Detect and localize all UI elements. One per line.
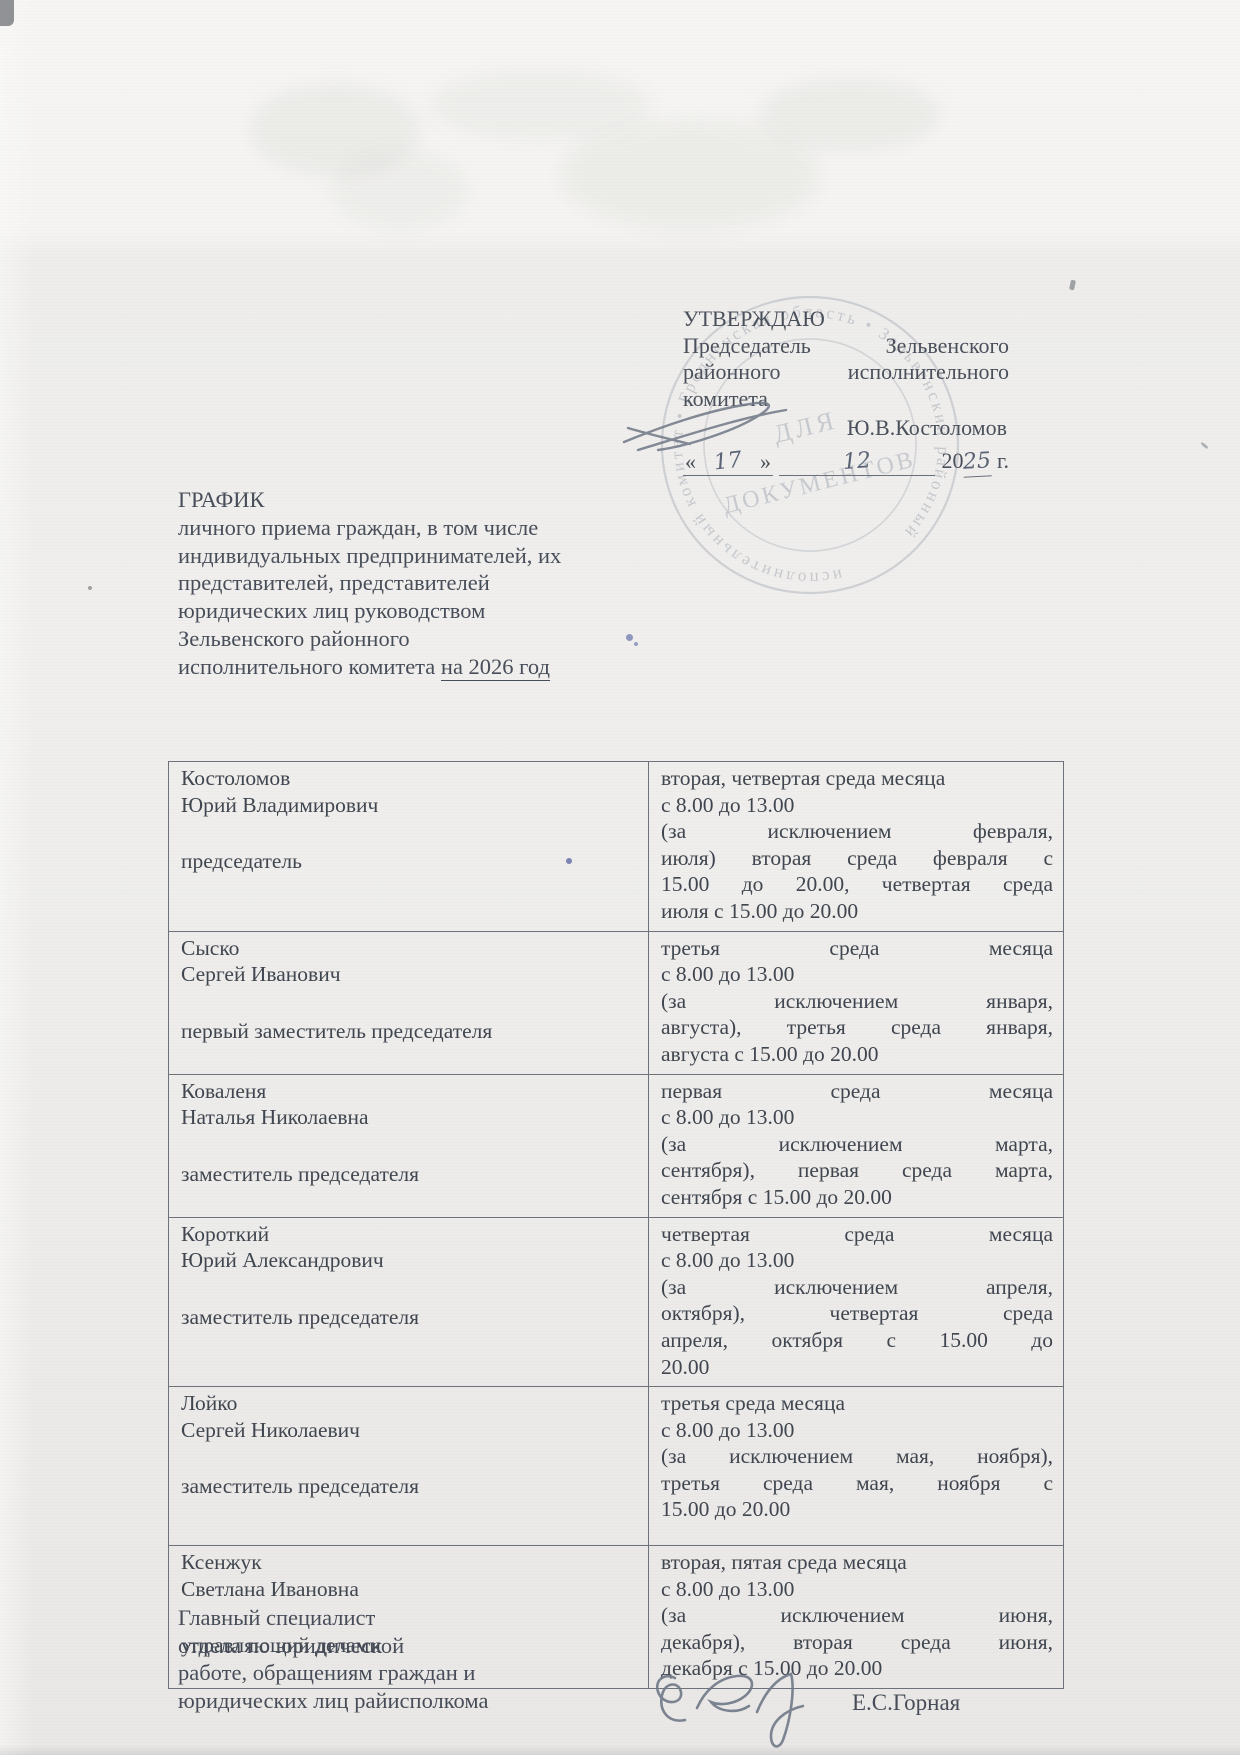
table-row: Коваленя Наталья Николаевна заместитель … (169, 1074, 1064, 1217)
schedule-cell: третья среда месяца с 8.00 до 13.00 (за … (649, 931, 1064, 1074)
table-row: Лойко Сергей Николаевич заместитель пред… (169, 1387, 1064, 1546)
approval-date-line: « 17 » 12 2025 г. (683, 446, 1009, 476)
title-year-underlined: на 2026 год (441, 654, 550, 681)
person-surname: Коваленя (181, 1078, 638, 1105)
person-surname: Короткий (181, 1221, 638, 1248)
schedule-line: октября), четвертая среда (661, 1300, 1053, 1327)
quote-open: « (685, 449, 696, 476)
person-cell: Лойко Сергей Николаевич заместитель пред… (169, 1387, 649, 1546)
schedule-line: с 8.00 до 13.00 (661, 792, 1053, 819)
approver-name: Ю.В.Костоломов (847, 415, 1007, 442)
person-position: первый заместитель председателя (181, 1018, 638, 1045)
year-century: 20 (941, 448, 963, 473)
title-last-line: исполнительного комитета на 2026 год (178, 653, 778, 681)
person-position: заместитель председателя (181, 1304, 638, 1331)
schedule-line: декабря с 15.00 до 20.00 (661, 1655, 1053, 1682)
ghost-artifact (760, 80, 940, 150)
person-name: Юрий Александрович (181, 1247, 638, 1274)
approval-line: комитета (683, 386, 1009, 413)
footer-line: работе, обращениям граждан и (178, 1659, 698, 1687)
handwritten-year: 25 (963, 448, 992, 477)
schedule-line: (за исключением января, (661, 988, 1053, 1015)
person-cell: Сыско Сергей Иванович первый заместитель… (169, 931, 649, 1074)
date-year-segment: 2025 г. (941, 448, 1009, 477)
schedule-line: (за исключением апреля, (661, 1274, 1053, 1301)
footer-block: Главный специалист отдела по юридической… (178, 1604, 698, 1714)
ink-speck (1069, 280, 1076, 291)
specialist-name: Е.С.Горная (852, 1690, 960, 1716)
schedule-line: (за исключением февраля, (661, 818, 1053, 845)
title-heading: ГРАФИК (178, 486, 778, 514)
schedule-cell: четвертая среда месяца с 8.00 до 13.00 (… (649, 1217, 1064, 1387)
schedule-line: с 8.00 до 13.00 (661, 1247, 1053, 1274)
person-surname: Костоломов (181, 765, 638, 792)
schedule-line: 15.00 до 20.00 (661, 1496, 1053, 1523)
schedule-line: третья среда месяца (661, 935, 1053, 962)
schedule-line: августа), третья среда января, (661, 1014, 1053, 1041)
footer-line: Главный специалист (178, 1604, 698, 1632)
schedule-line: 20.00 (661, 1354, 1053, 1381)
approval-line: Председатель Зельвенского (683, 333, 1009, 360)
document-title-block: ГРАФИК личного приема граждан, в том чис… (178, 486, 778, 681)
scan-corner-artifact (0, 0, 14, 26)
table-row: Костоломов Юрий Владимирович председател… (169, 762, 1064, 932)
ghost-artifact (330, 150, 470, 230)
title-last-prefix: исполнительного комитета (178, 654, 441, 679)
schedule-line: июля с 15.00 до 20.00 (661, 898, 1053, 925)
schedule-line: вторая, пятая среда месяца (661, 1549, 1053, 1576)
schedule-line: вторая, четвертая среда месяца (661, 765, 1053, 792)
schedule-line: третья среда месяца (661, 1390, 1053, 1417)
schedule-line: 15.00 до 20.00, четвертая среда (661, 871, 1053, 898)
schedule-line: сентября с 15.00 до 20.00 (661, 1184, 1053, 1211)
schedule-line: (за исключением июня, (661, 1602, 1053, 1629)
schedule-line: с 8.00 до 13.00 (661, 1104, 1053, 1131)
person-cell: Костоломов Юрий Владимирович председател… (169, 762, 649, 932)
person-surname: Сыско (181, 935, 638, 962)
schedule-cell: первая среда месяца с 8.00 до 13.00 (за … (649, 1074, 1064, 1217)
schedule-cell: вторая, четвертая среда месяца с 8.00 до… (649, 762, 1064, 932)
schedule-line: сентября), первая среда марта, (661, 1157, 1053, 1184)
person-position: заместитель председателя (181, 1473, 638, 1500)
schedule-line: (за исключением марта, (661, 1131, 1053, 1158)
quote-close: » (760, 449, 771, 476)
person-name: Сергей Николаевич (181, 1417, 638, 1444)
schedule-line: апреля, октября с 15.00 до (661, 1327, 1053, 1354)
person-name: Наталья Николаевна (181, 1104, 638, 1131)
table-row: Сыско Сергей Иванович первый заместитель… (169, 931, 1064, 1074)
schedule-line: третья среда мая, ноября с (661, 1470, 1053, 1497)
footer-line: отдела по юридической (178, 1632, 698, 1660)
schedule-line: августа с 15.00 до 20.00 (661, 1041, 1053, 1068)
title-line: Зельвенского районного (178, 625, 778, 653)
person-cell: Коваленя Наталья Николаевна заместитель … (169, 1074, 649, 1217)
title-line: индивидуальных предпринимателей, их (178, 542, 778, 570)
date-month-segment: 12 (779, 448, 935, 477)
schedule-line: с 8.00 до 13.00 (661, 1417, 1053, 1444)
person-name: Юрий Владимирович (181, 792, 638, 819)
schedule-line: первая среда месяца (661, 1078, 1053, 1105)
person-surname: Лойко (181, 1390, 638, 1417)
ink-speck (1200, 441, 1209, 449)
person-surname: Ксенжук (181, 1549, 638, 1576)
schedule-cell: третья среда месяца с 8.00 до 13.00 (за … (649, 1387, 1064, 1546)
table-row: Короткий Юрий Александрович заместитель … (169, 1217, 1064, 1387)
schedule-line: четвертая среда месяца (661, 1221, 1053, 1248)
person-cell: Короткий Юрий Александрович заместитель … (169, 1217, 649, 1387)
scanned-document-page: исполнительный комитет • Гродненская обл… (0, 0, 1240, 1755)
schedule-line: (за исключением мая, ноября), (661, 1443, 1053, 1470)
footer-line: юридических лиц райисполкома (178, 1687, 698, 1715)
person-name: Светлана Ивановна (181, 1576, 638, 1603)
scan-edge-shadow (0, 1745, 1240, 1755)
person-position: заместитель председателя (181, 1161, 638, 1188)
person-name: Сергей Иванович (181, 961, 638, 988)
schedule-line: с 8.00 до 13.00 (661, 1576, 1053, 1603)
approval-heading: УТВЕРЖДАЮ (683, 306, 1009, 333)
handwritten-day: 17 (712, 447, 743, 477)
title-line: представителей, представителей (178, 569, 778, 597)
date-day-group: « 17 » (683, 449, 773, 477)
schedule-line: с 8.00 до 13.00 (661, 961, 1053, 988)
schedule-table: Костоломов Юрий Владимирович председател… (168, 761, 1064, 1689)
ink-speck (88, 586, 92, 590)
approval-signature-line: Ю.В.Костоломов (683, 413, 1009, 443)
handwritten-month: 12 (842, 448, 872, 476)
title-line: личного приема граждан, в том числе (178, 514, 778, 542)
schedule-line: декабря), вторая среда июня, (661, 1629, 1053, 1656)
approval-block: УТВЕРЖДАЮ Председатель Зельвенского райо… (683, 306, 1009, 476)
year-suffix: г. (997, 448, 1009, 473)
schedule-cell: вторая, пятая среда месяца с 8.00 до 13.… (649, 1546, 1064, 1689)
approval-line: районного исполнительного (683, 359, 1009, 386)
person-position: председатель (181, 848, 638, 875)
schedule-line: июля) вторая среда февраля с (661, 845, 1053, 872)
title-line: юридических лиц руководством (178, 597, 778, 625)
